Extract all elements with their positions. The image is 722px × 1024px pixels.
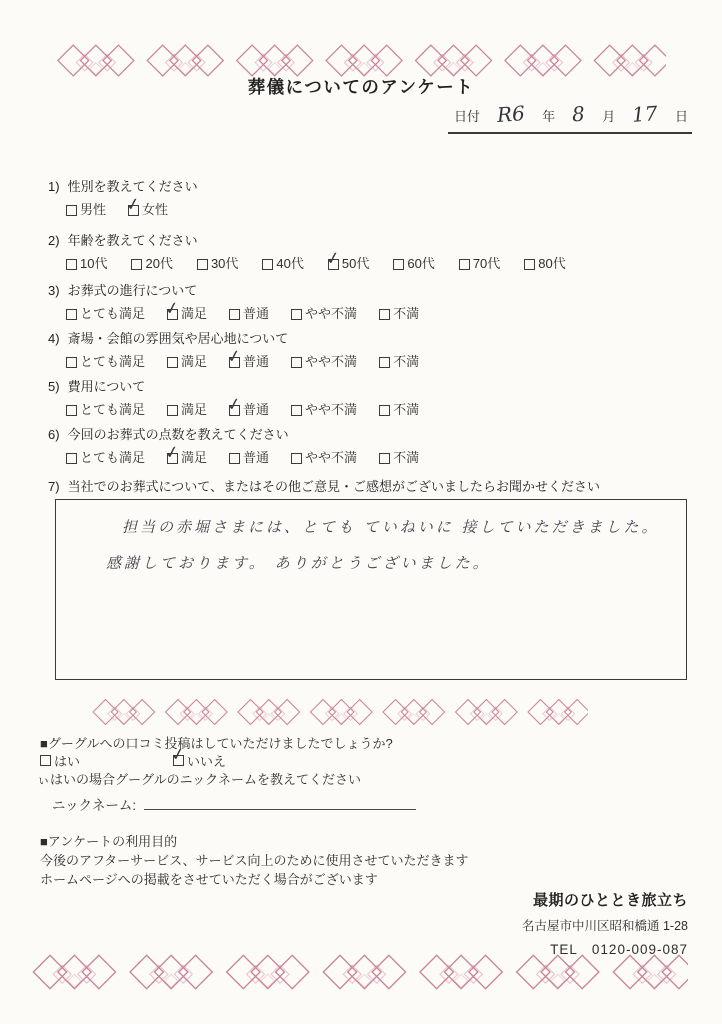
checkbox-icon[interactable]: ✓ [262,259,273,270]
checkbox-option[interactable]: ✓満足 [167,448,207,468]
checkbox-icon[interactable]: ✓ [379,309,390,320]
checkbox-icon[interactable]: ✓ [66,453,77,464]
handwritten-comment-line-1: 担当の赤堀さまには、とても ていねいに 接していただきました。 [122,516,660,537]
checkbox-icon[interactable]: ✓ [131,259,142,270]
date-day-value: 17 [632,105,659,123]
question-2-options: ✓10代 ✓20代 ✓30代 ✓40代 ✓50代 ✓60代 ✓70代 ✓80代 [66,254,566,274]
checkbox-option[interactable]: ✓満足 [167,400,207,420]
question-2: 2) 年齢を教えてください ✓10代 ✓20代 ✓30代 ✓40代 ✓50代 ✓… [48,231,566,274]
checkbox-icon[interactable]: ✓ [167,405,178,416]
question-6-options: ✓とても満足 ✓満足 ✓普通 ✓やや不満 ✓不満 [66,448,419,468]
checkbox-icon[interactable]: ✓ [379,405,390,416]
checkbox-option[interactable]: ✓とても満足 [66,352,145,372]
question-3: 3) お葬式の進行について ✓とても満足 ✓満足 ✓普通 ✓やや不満 ✓不満 [48,281,419,324]
checkbox-icon[interactable]: ✓ [173,755,184,766]
checkbox-option-10s[interactable]: ✓10代 [66,254,107,274]
checkbox-option[interactable]: ✓やや不満 [291,304,357,324]
checkbox-icon[interactable]: ✓ [524,259,535,270]
checkbox-option-yes[interactable]: ✓ はい [40,751,80,770]
checkbox-icon[interactable]: ✓ [291,309,302,320]
question-5: 5) 費用について ✓とても満足 ✓満足 ✓普通 ✓やや不満 ✓不満 [48,377,419,420]
checkbox-option-20s[interactable]: ✓20代 [131,254,172,274]
checkbox-option[interactable]: ✓満足 [167,304,207,324]
checkbox-option[interactable]: ✓満足 [167,352,207,372]
google-review-options: ✓ はい ✓ いいえ [40,751,226,770]
handwritten-comment-line-2: 感謝しております。 ありがとうございました。 [106,552,491,573]
company-name: 最期のひととき旅立ち [522,889,688,910]
question-1-options: ✓ 男性 ✓ 女性 [66,200,198,220]
checkbox-option[interactable]: ✓とても満足 [66,400,145,420]
google-review-question: ■グーグルへの口コミ投稿はしていただけましたでしょうか? [40,733,393,752]
date-month-value: 8 [572,106,586,123]
checkbox-icon[interactable]: ✓ [167,309,178,320]
checkbox-icon[interactable]: ✓ [229,405,240,416]
checkbox-option-80s[interactable]: ✓80代 [524,254,565,274]
checkbox-icon[interactable]: ✓ [379,357,390,368]
question-7: 7) 当社でのお葬式について、またはその他ご意見・ご感想がございましたらお聞かせ… [48,477,600,497]
question-3-label: 3) お葬式の進行について [48,281,419,301]
checkbox-icon[interactable]: ✓ [128,205,139,216]
question-6-label: 6) 今回のお葬式の点数を教えてください [48,425,419,445]
nickname-label: ニックネーム: [52,794,136,814]
purpose-line-1: 今後のアフターサービス、サービス向上のために使用させていただきます [40,850,468,869]
checkbox-option-female[interactable]: ✓ 女性 [128,200,168,220]
nickname-input-line[interactable] [144,795,416,810]
checkbox-icon[interactable]: ✓ [40,755,51,766]
question-1-label: 1) 性別を教えてください [48,177,198,197]
checkbox-icon[interactable]: ✓ [379,453,390,464]
question-6: 6) 今回のお葬式の点数を教えてください ✓とても満足 ✓満足 ✓普通 ✓やや不… [48,425,419,468]
checkbox-icon[interactable]: ✓ [197,259,208,270]
checkbox-icon[interactable]: ✓ [66,309,77,320]
diamond-border-middle [88,697,588,727]
checkbox-option[interactable]: ✓普通 [229,448,269,468]
date-month-unit: 月 [602,106,615,125]
question-2-label: 2) 年齢を教えてください [48,231,566,251]
checkbox-option[interactable]: ✓不満 [379,352,419,372]
checkbox-option-male[interactable]: ✓ 男性 [66,200,106,220]
question-3-options: ✓とても満足 ✓満足 ✓普通 ✓やや不満 ✓不満 [66,304,419,324]
checkbox-option[interactable]: ✓とても満足 [66,304,145,324]
page-title: 葬儀についてのアンケート [0,74,722,99]
checkbox-option-30s[interactable]: ✓30代 [197,254,238,274]
checkbox-icon[interactable]: ✓ [291,405,302,416]
checkbox-option-no[interactable]: ✓ いいえ [173,751,226,770]
checkbox-icon[interactable]: ✓ [393,259,404,270]
comment-box[interactable]: 担当の赤堀さまには、とても ていねいに 接していただきました。 感謝しております… [55,499,687,680]
checkbox-option-60s[interactable]: ✓60代 [393,254,434,274]
question-5-options: ✓とても満足 ✓満足 ✓普通 ✓やや不満 ✓不満 [66,400,419,420]
checkbox-icon[interactable]: ✓ [291,453,302,464]
checkbox-icon[interactable]: ✓ [229,309,240,320]
date-label: 日付 [454,106,480,125]
checkbox-option-70s[interactable]: ✓70代 [459,254,500,274]
checkbox-option[interactable]: ✓やや不満 [291,352,357,372]
question-7-label: 7) 当社でのお葬式について、またはその他ご意見・ご感想がございましたらお聞かせ… [48,477,600,497]
checkbox-option[interactable]: ✓やや不満 [291,400,357,420]
checkbox-option[interactable]: ✓不満 [379,304,419,324]
checkbox-icon[interactable]: ✓ [66,259,77,270]
checkbox-option[interactable]: ✓普通 [229,400,269,420]
diamond-border-bottom [32,952,688,992]
checkbox-icon[interactable]: ✓ [167,453,178,464]
company-info: 最期のひととき旅立ち 名古屋市中川区昭和橋通 1-28 TEL 0120-009… [522,889,688,958]
company-address: 名古屋市中川区昭和橋通 1-28 [522,916,688,934]
question-4: 4) 斎場・会館の雰囲気や居心地について ✓とても満足 ✓満足 ✓普通 ✓やや不… [48,329,419,372]
google-nickname-note: ぃはいの場合グーグルのニックネームを教えてください [37,769,361,788]
checkbox-icon[interactable]: ✓ [66,357,77,368]
date-year-unit: 年 [542,106,555,125]
checkbox-icon[interactable]: ✓ [459,259,470,270]
checkbox-option[interactable]: ✓とても満足 [66,448,145,468]
date-row: 日付 R6 年 8 月 17 日 [448,106,692,134]
purpose-line-2: ホームページへの掲載をさせていただく場合がございます [40,869,378,888]
checkbox-icon[interactable]: ✓ [66,405,77,416]
question-1: 1) 性別を教えてください ✓ 男性 ✓ 女性 [48,177,198,220]
checkbox-option-40s[interactable]: ✓40代 [262,254,303,274]
checkbox-icon[interactable]: ✓ [66,205,77,216]
checkbox-option[interactable]: ✓普通 [229,352,269,372]
checkbox-icon[interactable]: ✓ [167,357,178,368]
date-day-unit: 日 [675,106,688,125]
checkbox-icon[interactable]: ✓ [291,357,302,368]
nickname-row: ニックネーム: [52,794,416,814]
question-4-options: ✓とても満足 ✓満足 ✓普通 ✓やや不満 ✓不満 [66,352,419,372]
checkbox-icon[interactable]: ✓ [229,453,240,464]
checkbox-option-50s[interactable]: ✓50代 [328,254,369,274]
checkbox-option[interactable]: ✓不満 [379,400,419,420]
date-year-value: R6 [497,105,526,123]
purpose-heading: ■アンケートの利用目的 [40,831,177,850]
checkbox-icon[interactable]: ✓ [328,259,339,270]
checkbox-option[interactable]: ✓普通 [229,304,269,324]
checkbox-icon[interactable]: ✓ [229,357,240,368]
survey-document: 葬儀についてのアンケート 日付 R6 年 8 月 17 日 1) 性別を教えてく… [0,0,722,1024]
checkbox-option[interactable]: ✓やや不満 [291,448,357,468]
checkbox-option[interactable]: ✓不満 [379,448,419,468]
